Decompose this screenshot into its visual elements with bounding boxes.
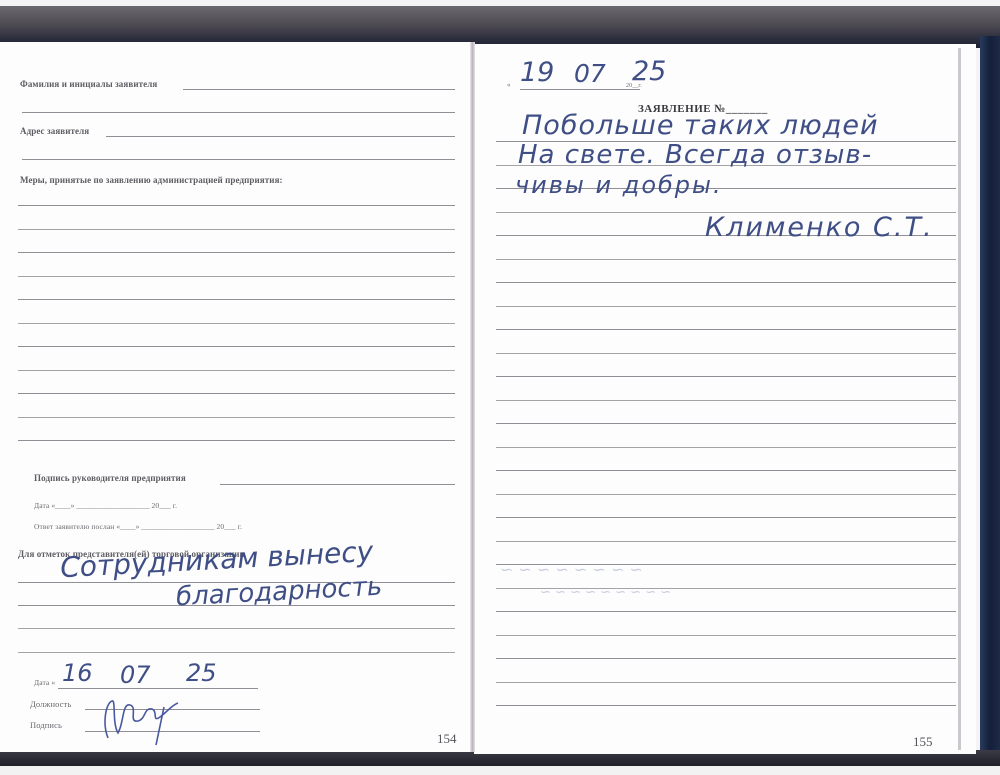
ruled-line bbox=[18, 346, 455, 347]
ruled-line bbox=[18, 323, 455, 324]
applicant-address-line bbox=[106, 136, 455, 137]
ruled-line bbox=[18, 393, 455, 394]
handwritten-footer-month: 07 bbox=[120, 661, 151, 689]
ruled-line bbox=[496, 447, 956, 448]
ruled-line bbox=[18, 370, 455, 371]
ruled-line bbox=[18, 299, 455, 300]
ruled-line bbox=[496, 282, 956, 283]
page-edge bbox=[958, 48, 961, 750]
footer-date-label: Дата « bbox=[34, 678, 55, 687]
date-open-quote: « bbox=[507, 81, 511, 89]
measures-label: Меры, принятые по заявлению администраци… bbox=[20, 175, 283, 185]
handwritten-date-month: 07 bbox=[574, 59, 606, 88]
ruled-line bbox=[496, 494, 956, 495]
manager-signature-line bbox=[220, 484, 455, 485]
left-page bbox=[0, 42, 472, 752]
signature-label: Подпись bbox=[30, 720, 62, 730]
page-number-right: 155 bbox=[913, 734, 933, 750]
handwritten-date-day: 19 bbox=[520, 57, 554, 88]
ruled-line bbox=[496, 517, 956, 518]
position-label: Должность bbox=[30, 699, 71, 709]
ruled-line bbox=[496, 376, 956, 377]
ruled-line bbox=[496, 353, 956, 354]
handwritten-footer-year: 25 bbox=[186, 659, 217, 687]
ruled-line bbox=[18, 417, 455, 418]
footer-date-line bbox=[58, 688, 258, 689]
book-binding-crease bbox=[470, 42, 475, 752]
ruled-line bbox=[496, 682, 956, 683]
applicant-name-label: Фамилия и инициалы заявителя bbox=[20, 79, 157, 89]
handwritten-text-line-2: На свете. Всегда отзыв- bbox=[518, 140, 872, 170]
reply-sent-label: Ответ заявителю послан «____» __________… bbox=[34, 522, 242, 531]
ruled-line bbox=[18, 205, 455, 206]
handwritten-text-line-3: чивы и добры. bbox=[515, 171, 723, 199]
bleed-through-mark-2: ~ ~ ~ ~ ~ ~ ~ ~ ~ bbox=[540, 585, 671, 600]
ruled-line bbox=[496, 329, 956, 330]
page-number-left: 154 bbox=[437, 731, 457, 747]
applicant-address-line-2 bbox=[22, 159, 455, 160]
ruled-line bbox=[496, 306, 956, 307]
date-label: Дата «____» ___________________ 20___ г. bbox=[34, 501, 177, 510]
ruled-line bbox=[496, 635, 956, 636]
ruled-line bbox=[496, 541, 956, 542]
applicant-address-label: Адрес заявителя bbox=[20, 126, 89, 136]
representative-note-line-3 bbox=[18, 628, 455, 629]
ruled-line bbox=[496, 470, 956, 471]
ruled-line bbox=[18, 229, 455, 230]
representative-note-line-4 bbox=[18, 652, 455, 653]
ruled-line bbox=[18, 440, 455, 441]
ruled-line bbox=[496, 611, 956, 612]
handwritten-date-year: 25 bbox=[632, 56, 666, 87]
ruled-line bbox=[496, 705, 956, 706]
ruled-line bbox=[496, 423, 956, 424]
manager-signature-label: Подпись руководителя предприятия bbox=[34, 473, 186, 483]
ruled-line bbox=[496, 259, 956, 260]
applicant-name-line bbox=[183, 89, 455, 90]
manager-signature-scribble bbox=[98, 693, 188, 748]
handwritten-text-line-1: Побольше таких людей bbox=[522, 110, 879, 141]
bleed-through-mark-1: ~ ~ ~ ~ ~ ~ ~ ~ bbox=[500, 560, 643, 579]
ruled-line bbox=[496, 400, 956, 401]
ruled-line bbox=[496, 658, 956, 659]
handwritten-footer-day: 16 bbox=[62, 659, 93, 687]
ruled-line bbox=[18, 276, 455, 277]
handwritten-author: Клименко С.Т. bbox=[705, 212, 934, 243]
date-line bbox=[520, 89, 640, 90]
ruled-line bbox=[18, 252, 455, 253]
background-strip bbox=[0, 766, 1000, 775]
book-cover-right bbox=[980, 36, 1000, 760]
applicant-name-line-2 bbox=[22, 112, 455, 113]
